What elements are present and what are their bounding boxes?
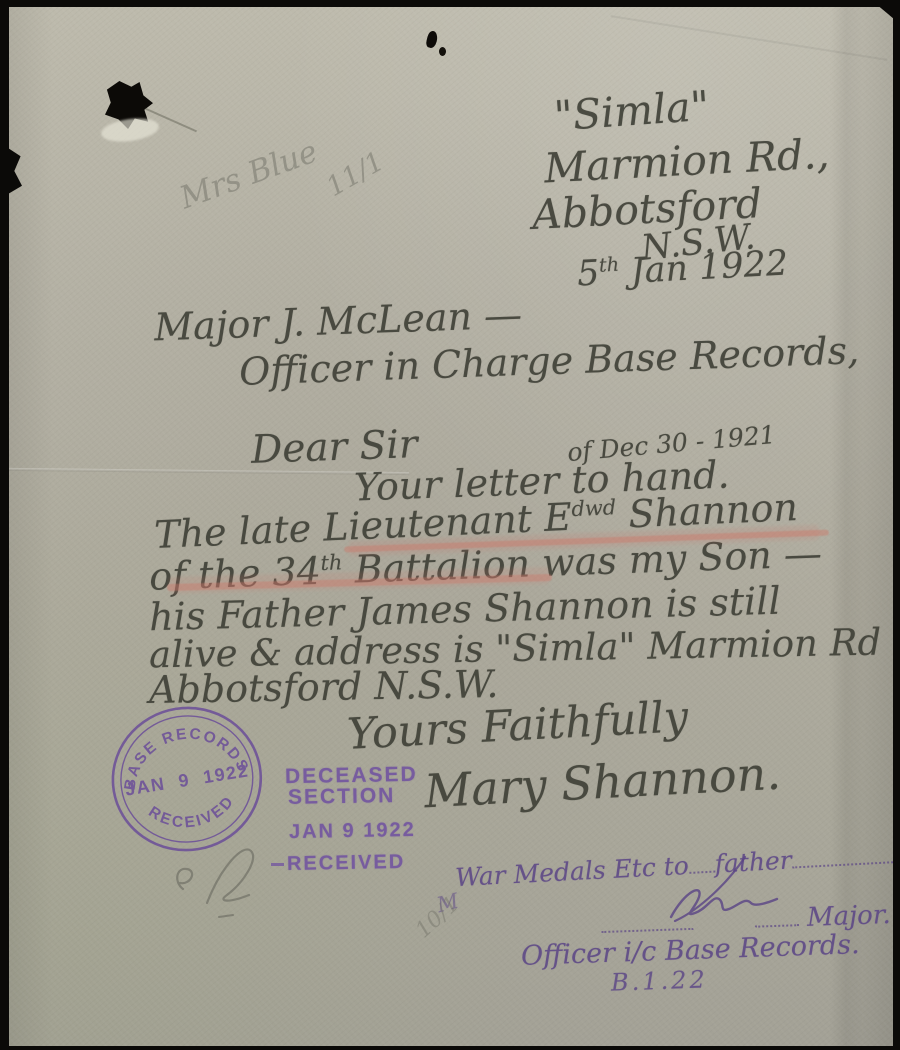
scan-edge-top — [0, 0, 900, 7]
deceased-stamp-date: JAN 9 1922 — [289, 819, 416, 844]
svg-text:RECEIVED: RECEIVED — [143, 790, 241, 838]
ink-speck — [425, 30, 439, 49]
letter-paper: Mrs Blue 11/1 "Simla" Marmion Rd., Abbot… — [9, 7, 893, 1046]
date-rest: Jan 1922 — [618, 244, 789, 293]
ink-speck — [439, 47, 446, 56]
lieutenant-text-b: Shannon — [615, 485, 798, 537]
right-fold-shadow — [829, 7, 863, 1046]
scan-edge-right — [893, 0, 900, 1050]
scanned-letter-page: Mrs Blue 11/1 "Simla" Marmion Rd., Abbot… — [0, 0, 900, 1050]
scan-edge-left — [0, 0, 9, 1050]
officer-signature-squiggle — [645, 855, 825, 935]
date-ordinal: th — [598, 253, 619, 277]
lieutenant-superscript: dwd — [571, 495, 617, 521]
annotation-reference: B.1.22 — [611, 965, 709, 996]
pencil-squiggle — [167, 837, 307, 927]
signature-mary-shannon: Mary Shannon. — [423, 746, 782, 819]
diagonal-crease — [611, 15, 888, 61]
deceased-stamp-line2: SECTION — [288, 784, 396, 810]
battalion-superscript: th — [320, 550, 343, 575]
pencil-note-name: Mrs Blue — [175, 134, 322, 217]
paper-hole-tear-highlight — [100, 115, 160, 145]
scan-edge-bottom — [0, 1046, 900, 1050]
date-day: 5 — [576, 253, 600, 294]
address-house-name: "Simla" — [553, 82, 711, 141]
letter-date: 5th Jan 1922 — [576, 244, 789, 295]
pencil-note-date: 11/1 — [321, 146, 389, 203]
stamp-arc-bottom-text: RECEIVED — [143, 790, 241, 838]
